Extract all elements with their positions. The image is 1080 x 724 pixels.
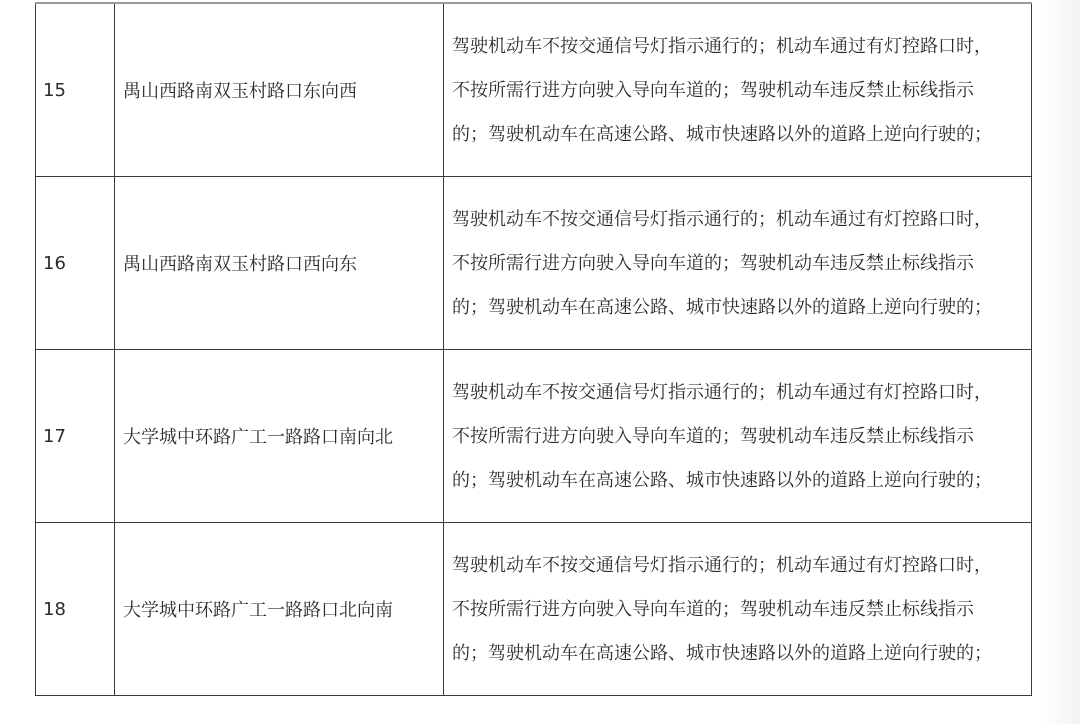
violations-cell: 驾驶机动车不按交通信号灯指示通行的；机动车通过有灯控路口时， 不按所需行进方向驶… (444, 3, 1032, 177)
table-row: 15 禺山西路南双玉村路口东向西 驾驶机动车不按交通信号灯指示通行的；机动车通过… (36, 3, 1032, 177)
row-number: 16 (36, 177, 115, 350)
violation-text-line: 驾驶机动车不按交通信号灯指示通行的；机动车通过有灯控路口时， (452, 25, 1025, 69)
table-row: 17 大学城中环路广工一路路口南向北 驾驶机动车不按交通信号灯指示通行的；机动车… (36, 350, 1032, 523)
table-row: 18 大学城中环路广工一路路口北向南 驾驶机动车不按交通信号灯指示通行的；机动车… (36, 523, 1032, 696)
violation-text-line: 不按所需行进方向驶入导向车道的；驾驶机动车违反禁止标线指示 (452, 242, 1025, 286)
violation-text-line: 驾驶机动车不按交通信号灯指示通行的；机动车通过有灯控路口时， (452, 544, 1025, 588)
row-number: 15 (36, 3, 115, 177)
violation-locations-table: 15 禺山西路南双玉村路口东向西 驾驶机动车不按交通信号灯指示通行的；机动车通过… (35, 2, 1032, 696)
violation-text-line: 的；驾驶机动车在高速公路、城市快速路以外的道路上逆向行驶的； (452, 459, 1025, 503)
location-cell: 禺山西路南双玉村路口西向东 (115, 177, 444, 350)
row-number: 18 (36, 523, 115, 696)
violation-text-line: 的；驾驶机动车在高速公路、城市快速路以外的道路上逆向行驶的； (452, 286, 1025, 330)
location-cell: 大学城中环路广工一路路口北向南 (115, 523, 444, 696)
page-edge-shade (1040, 0, 1080, 724)
violation-text-line: 不按所需行进方向驶入导向车道的；驾驶机动车违反禁止标线指示 (452, 415, 1025, 459)
location-cell: 大学城中环路广工一路路口南向北 (115, 350, 444, 523)
violation-text-line: 不按所需行进方向驶入导向车道的；驾驶机动车违反禁止标线指示 (452, 69, 1025, 113)
violation-text-line: 不按所需行进方向驶入导向车道的；驾驶机动车违反禁止标线指示 (452, 588, 1025, 632)
table-row: 16 禺山西路南双玉村路口西向东 驾驶机动车不按交通信号灯指示通行的；机动车通过… (36, 177, 1032, 350)
violations-cell: 驾驶机动车不按交通信号灯指示通行的；机动车通过有灯控路口时， 不按所需行进方向驶… (444, 523, 1032, 696)
violations-cell: 驾驶机动车不按交通信号灯指示通行的；机动车通过有灯控路口时， 不按所需行进方向驶… (444, 177, 1032, 350)
violation-text-line: 驾驶机动车不按交通信号灯指示通行的；机动车通过有灯控路口时， (452, 371, 1025, 415)
row-number: 17 (36, 350, 115, 523)
violations-cell: 驾驶机动车不按交通信号灯指示通行的；机动车通过有灯控路口时， 不按所需行进方向驶… (444, 350, 1032, 523)
location-cell: 禺山西路南双玉村路口东向西 (115, 3, 444, 177)
violation-text-line: 驾驶机动车不按交通信号灯指示通行的；机动车通过有灯控路口时， (452, 198, 1025, 242)
violation-text-line: 的；驾驶机动车在高速公路、城市快速路以外的道路上逆向行驶的； (452, 632, 1025, 676)
violation-text-line: 的；驾驶机动车在高速公路、城市快速路以外的道路上逆向行驶的； (452, 113, 1025, 157)
